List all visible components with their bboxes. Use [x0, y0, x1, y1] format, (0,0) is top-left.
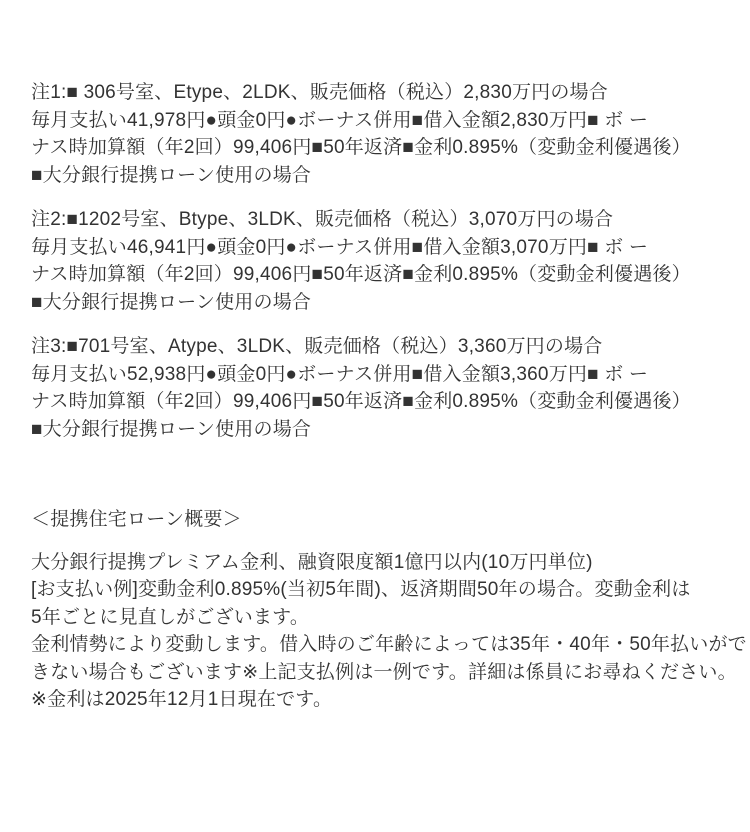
note-3-line-4: ■大分銀行提携ローン使用の場合: [31, 416, 722, 444]
note-2-line-4: ■大分銀行提携ローン使用の場合: [31, 289, 722, 317]
summary-line-6: ※金利は2025年12月1日現在です。: [31, 686, 722, 714]
note-1-line-1: 注1:■ 306号室、Etype、2LDK、販売価格（税込）2,830万円の場合: [31, 79, 722, 107]
summary-line-1: 大分銀行提携プレミアム金利、融資限度額1億円以内(10万円単位): [31, 549, 722, 577]
note-1-line-4: ■大分銀行提携ローン使用の場合: [31, 162, 722, 190]
note-3-line-1: 注3:■701号室、Atype、3LDK、販売価格（税込）3,360万円の場合: [31, 333, 722, 361]
note-2-payment-example: 注2:■1202号室、Btype、3LDK、販売価格（税込）3,070万円の場合…: [31, 206, 722, 316]
note-3-payment-example: 注3:■701号室、Atype、3LDK、販売価格（税込）3,360万円の場合 …: [31, 333, 722, 443]
summary-line-4: 金利情勢により変動します。借入時のご年齢によっては35年・40年・50年払いがで: [31, 631, 722, 659]
summary-line-5: きない場合もございます※上記支払例は一例です。詳細は係員にお尋ねください。: [31, 659, 722, 687]
summary-line-2: [お支払い例]変動金利0.895%(当初5年間)、返済期間50年の場合。変動金利…: [31, 576, 722, 604]
loan-disclaimer-document: 注1:■ 306号室、Etype、2LDK、販売価格（税込）2,830万円の場合…: [0, 0, 750, 714]
note-1-line-2: 毎月支払い41,978円●頭金0円●ボーナス併用■借入金額2,830万円■ ボ …: [31, 107, 722, 135]
note-1-payment-example: 注1:■ 306号室、Etype、2LDK、販売価格（税込）2,830万円の場合…: [31, 79, 722, 189]
note-3-line-2: 毎月支払い52,938円●頭金0円●ボーナス併用■借入金額3,360万円■ ボ …: [31, 361, 722, 389]
note-2-line-2: 毎月支払い46,941円●頭金0円●ボーナス併用■借入金額3,070万円■ ボ …: [31, 234, 722, 262]
note-2-line-1: 注2:■1202号室、Btype、3LDK、販売価格（税込）3,070万円の場合: [31, 206, 722, 234]
summary-line-3: 5年ごとに見直しがございます。: [31, 604, 722, 632]
note-3-line-3: ナス時加算額（年2回）99,406円■50年返済■金利0.895%（変動金利優遇…: [31, 388, 722, 416]
note-1-line-3: ナス時加算額（年2回）99,406円■50年返済■金利0.895%（変動金利優遇…: [31, 134, 722, 162]
partner-loan-summary-body: 大分銀行提携プレミアム金利、融資限度額1億円以内(10万円単位) [お支払い例]…: [31, 549, 722, 714]
note-2-line-3: ナス時加算額（年2回）99,406円■50年返済■金利0.895%（変動金利優遇…: [31, 261, 722, 289]
partner-loan-summary-heading: ＜提携住宅ローン概要＞: [31, 506, 722, 534]
